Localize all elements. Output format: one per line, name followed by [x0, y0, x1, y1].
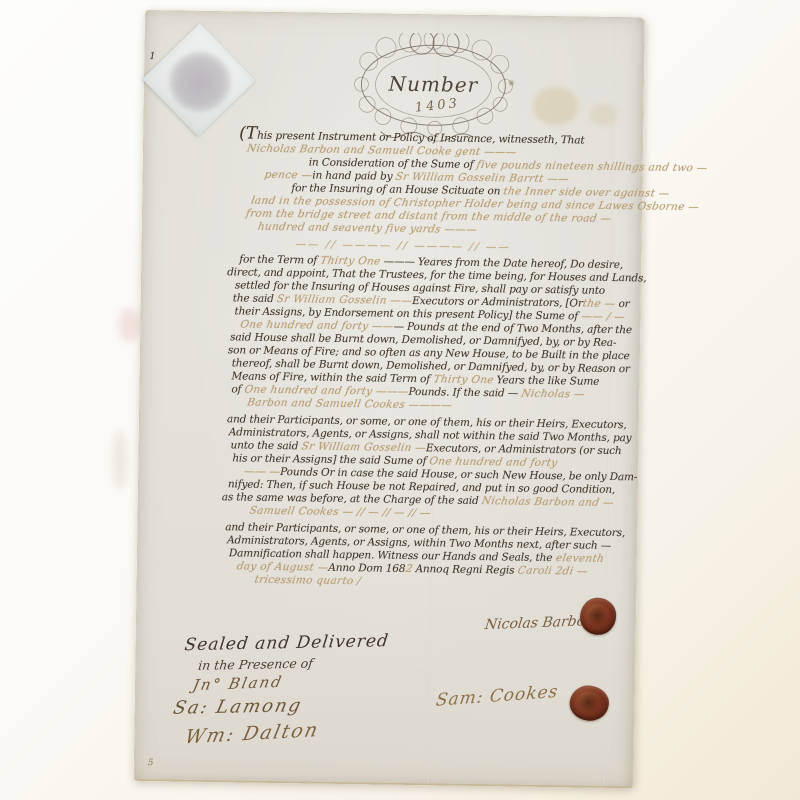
policy-body: (This present Instrument or Policy of In…	[138, 125, 643, 589]
signature-sam-cookes: Sam: Cookes	[435, 682, 560, 711]
cartouche-label: Number	[387, 72, 478, 97]
handwritten-text: day of August —	[236, 560, 330, 574]
handwritten-text: eleventh	[554, 552, 604, 566]
witness-signature: Jn° Bland	[191, 673, 285, 695]
paper-stain	[532, 87, 579, 126]
wax-seal-barbon	[580, 598, 617, 636]
handwritten-text: One hundred and forty	[428, 455, 558, 470]
handwritten-text: Nicholas Barbon and —	[481, 495, 615, 510]
printed-text: Annoq Regni Regis	[412, 563, 517, 577]
handwritten-text: Samuell Cookes — ∕∕ — ∕∕ — ∕∕ —	[248, 505, 431, 521]
handwritten-text: hundred and seaventy five yards ———	[257, 221, 478, 237]
folio-number-top: 1	[149, 51, 156, 62]
witness-signature: Wm: Dalton	[183, 719, 322, 749]
background-smudge	[112, 430, 128, 490]
handwritten-text: Thirty One	[432, 373, 494, 387]
handwritten-text: tricessimo quarto ∕	[253, 574, 362, 589]
cartouche-flourish: Number 1403	[350, 32, 518, 142]
handwritten-text: the —	[582, 298, 617, 311]
handwritten-text: pence —	[263, 169, 313, 183]
wax-seal-cookes	[567, 683, 611, 724]
handwritten-text: Caroli 2di —	[516, 565, 588, 579]
policy-document-sheet: 1 Number 1403 (This present Instrument o…	[134, 10, 645, 788]
handwritten-text: —— —	[243, 466, 281, 480]
policy-number: 1403	[414, 96, 460, 116]
handwritten-text: Thirty One	[319, 255, 381, 269]
handwritten-text: Sr William Gosselin —	[300, 440, 427, 455]
scanned-insurance-policy: 1 Number 1403 (This present Instrument o…	[0, 0, 800, 800]
handwritten-text: Sr William Gosselin Barrtt ——	[394, 171, 569, 187]
folio-number-bottom: 5	[148, 758, 154, 768]
number-cartouche: Number 1403	[350, 32, 518, 142]
policy-line: —— ∕∕ ———— ∕∕ ———— ∕∕ ——	[295, 235, 640, 253]
witness-signature: Sa: Lamong	[171, 695, 304, 719]
background-smudge	[118, 308, 140, 342]
paper-stain	[589, 104, 617, 126]
attestation-line: in the Presence of	[197, 656, 313, 673]
attestation-line: Sealed and Delivered	[183, 631, 390, 655]
handwritten-text: One hundred and forty ——	[239, 318, 394, 333]
handwritten-text: Nicholas Barbon and Samuell Cooke gent —…	[246, 143, 518, 160]
handwritten-text: —— ∕ —	[580, 311, 626, 325]
handwritten-text: Sr William Gosselin ——	[276, 293, 414, 308]
handwritten-text: Nicholas —	[520, 388, 586, 402]
